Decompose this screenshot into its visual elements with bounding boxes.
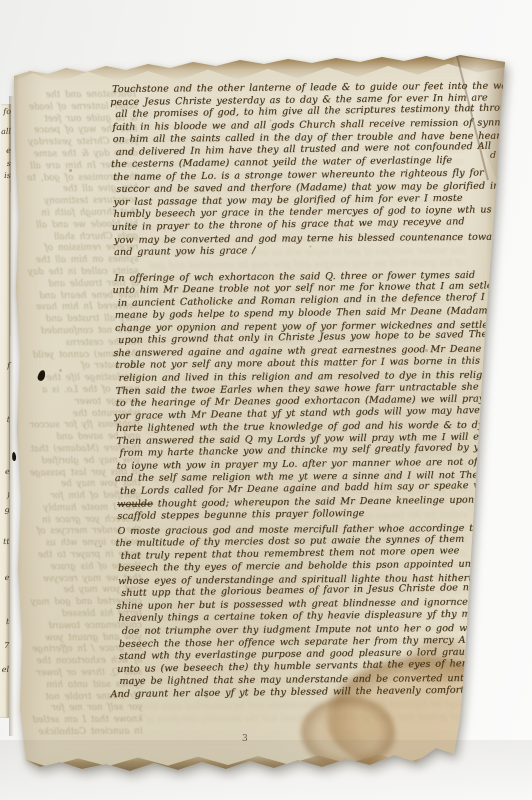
water-stain-small	[300, 696, 396, 768]
torn-top-edge	[8, 48, 508, 84]
page-wrapper: Touchstone and the other lanterne of lea…	[0, 0, 532, 800]
foxing-speckles	[8, 48, 9, 49]
manuscript-page: Touchstone and the other lanterne of lea…	[8, 48, 508, 774]
paragraph-2: In offeringe of wch exhortacon the said …	[114, 268, 495, 524]
ink-blot	[37, 369, 46, 381]
photograph-of-manuscript: foallesisfte)9ttet7el Touchstone and the…	[0, 0, 532, 800]
text-block: Touchstone and the other lanterne of lea…	[112, 79, 498, 701]
paragraph-1: Touchstone and the other lanterne of lea…	[112, 79, 492, 259]
paragraph-3: O moste gracious god and moste mercifull…	[117, 521, 497, 701]
stray-margin-mark: d	[490, 150, 496, 161]
browned-left-edge	[8, 48, 20, 774]
manuscript-line: yow may be converted and god may terne h…	[114, 231, 492, 247]
page-number: 3	[242, 734, 248, 744]
struck-word: woulde	[117, 498, 153, 509]
